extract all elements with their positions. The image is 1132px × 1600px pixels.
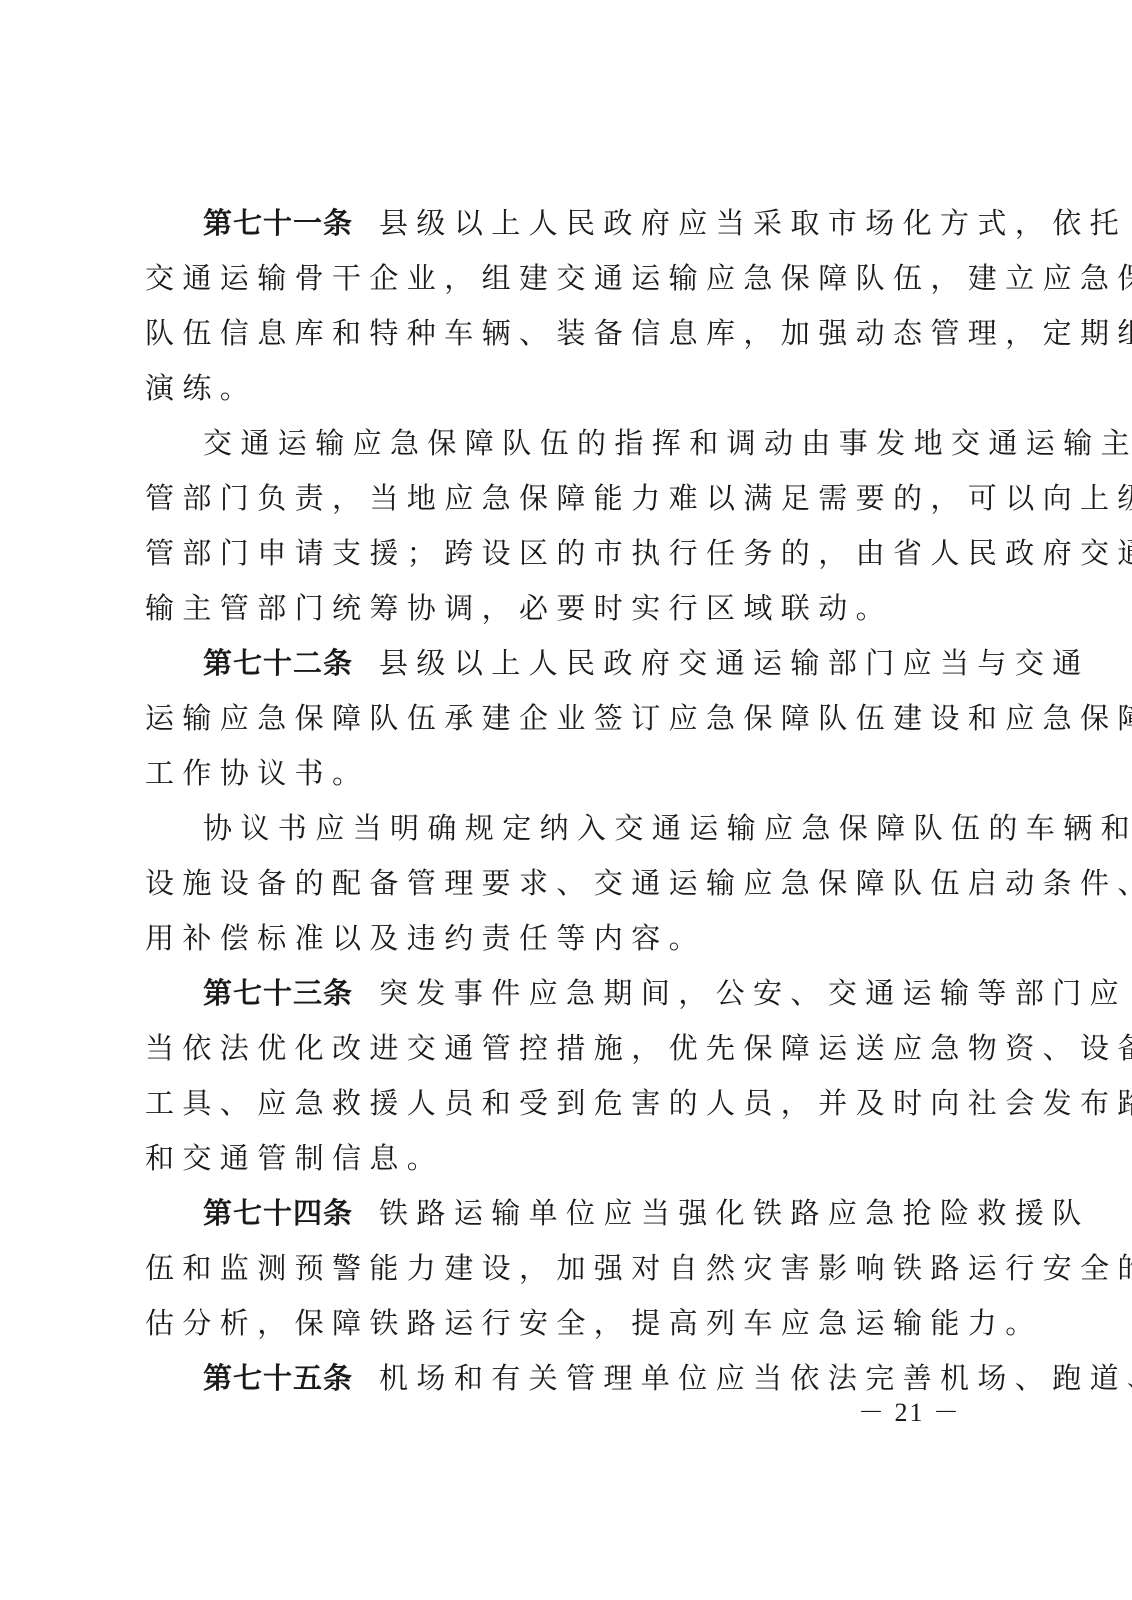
text-line: 工具、应急救援人员和受到危害的人员，并及时向社会发布路况 — [145, 1076, 971, 1131]
text-line: 第七十一条县级以上人民政府应当采取市场化方式，依托 — [145, 196, 971, 251]
article-number: 第七十四条 — [203, 1196, 353, 1230]
text-line: 第七十三条突发事件应急期间，公安、交通运输等部门应 — [145, 966, 971, 1021]
text-line: 运输应急保障队伍承建企业签订应急保障队伍建设和应急保障 — [145, 691, 971, 746]
article-number: 第七十五条 — [203, 1361, 353, 1395]
article-75: 第七十五条机场和有关管理单位应当依法完善机场、跑道、 — [145, 1351, 971, 1406]
text-line: 第七十四条铁路运输单位应当强化铁路应急抢险救援队 — [145, 1186, 971, 1241]
line-text: 县级以上人民政府应当采取市场化方式，依托 — [379, 206, 1127, 240]
paragraph-agreement: 协议书应当明确规定纳入交通运输应急保障队伍的车辆和 设施设备的配备管理要求、交通… — [145, 801, 971, 966]
text-line: 输主管部门统筹协调，必要时实行区域联动。 — [145, 581, 971, 636]
text-line: 设施设备的配备管理要求、交通运输应急保障队伍启动条件、征 — [145, 856, 971, 911]
text-line: 交通运输应急保障队伍的指挥和调动由事发地交通运输主 — [145, 416, 971, 471]
article-number: 第七十一条 — [203, 206, 353, 240]
article-74: 第七十四条铁路运输单位应当强化铁路应急抢险救援队 伍和监测预警能力建设，加强对自… — [145, 1186, 971, 1351]
text-line: 演练。 — [145, 361, 971, 416]
line-text: 铁路运输单位应当强化铁路应急抢险救援队 — [379, 1196, 1090, 1230]
article-number: 第七十二条 — [203, 646, 353, 680]
text-line: 估分析，保障铁路运行安全，提高列车应急运输能力。 — [145, 1296, 971, 1351]
page-number: － 21 － — [858, 1392, 961, 1429]
article-number: 第七十三条 — [203, 976, 353, 1010]
text-line: 管部门负责，当地应急保障能力难以满足需要的，可以向上级主 — [145, 471, 971, 526]
article-72: 第七十二条县级以上人民政府交通运输部门应当与交通 运输应急保障队伍承建企业签订应… — [145, 636, 971, 801]
text-line: 用补偿标准以及违约责任等内容。 — [145, 911, 971, 966]
text-line: 交通运输骨干企业，组建交通运输应急保障队伍，建立应急保障 — [145, 251, 971, 306]
line-text: 县级以上人民政府交通运输部门应当与交通 — [379, 646, 1090, 680]
article-73: 第七十三条突发事件应急期间，公安、交通运输等部门应 当依法优化改进交通管控措施，… — [145, 966, 971, 1186]
text-line: 协议书应当明确规定纳入交通运输应急保障队伍的车辆和 — [145, 801, 971, 856]
text-line: 第七十五条机场和有关管理单位应当依法完善机场、跑道、 — [145, 1351, 971, 1406]
text-line: 工作协议书。 — [145, 746, 971, 801]
line-text: 突发事件应急期间，公安、交通运输等部门应 — [379, 976, 1127, 1010]
document-page: 第七十一条县级以上人民政府应当采取市场化方式，依托 交通运输骨干企业，组建交通运… — [145, 196, 971, 1406]
text-line: 和交通管制信息。 — [145, 1131, 971, 1186]
text-line: 第七十二条县级以上人民政府交通运输部门应当与交通 — [145, 636, 971, 691]
article-71: 第七十一条县级以上人民政府应当采取市场化方式，依托 交通运输骨干企业，组建交通运… — [145, 196, 971, 416]
text-line: 伍和监测预警能力建设，加强对自然灾害影响铁路运行安全的评 — [145, 1241, 971, 1296]
text-line: 队伍信息库和特种车辆、装备信息库，加强动态管理，定期组织 — [145, 306, 971, 361]
line-text: 机场和有关管理单位应当依法完善机场、跑道、 — [379, 1361, 1132, 1395]
paragraph-team-command: 交通运输应急保障队伍的指挥和调动由事发地交通运输主 管部门负责，当地应急保障能力… — [145, 416, 971, 636]
text-line: 管部门申请支援；跨设区的市执行任务的，由省人民政府交通运 — [145, 526, 971, 581]
text-line: 当依法优化改进交通管控措施，优先保障运送应急物资、设备、 — [145, 1021, 971, 1076]
